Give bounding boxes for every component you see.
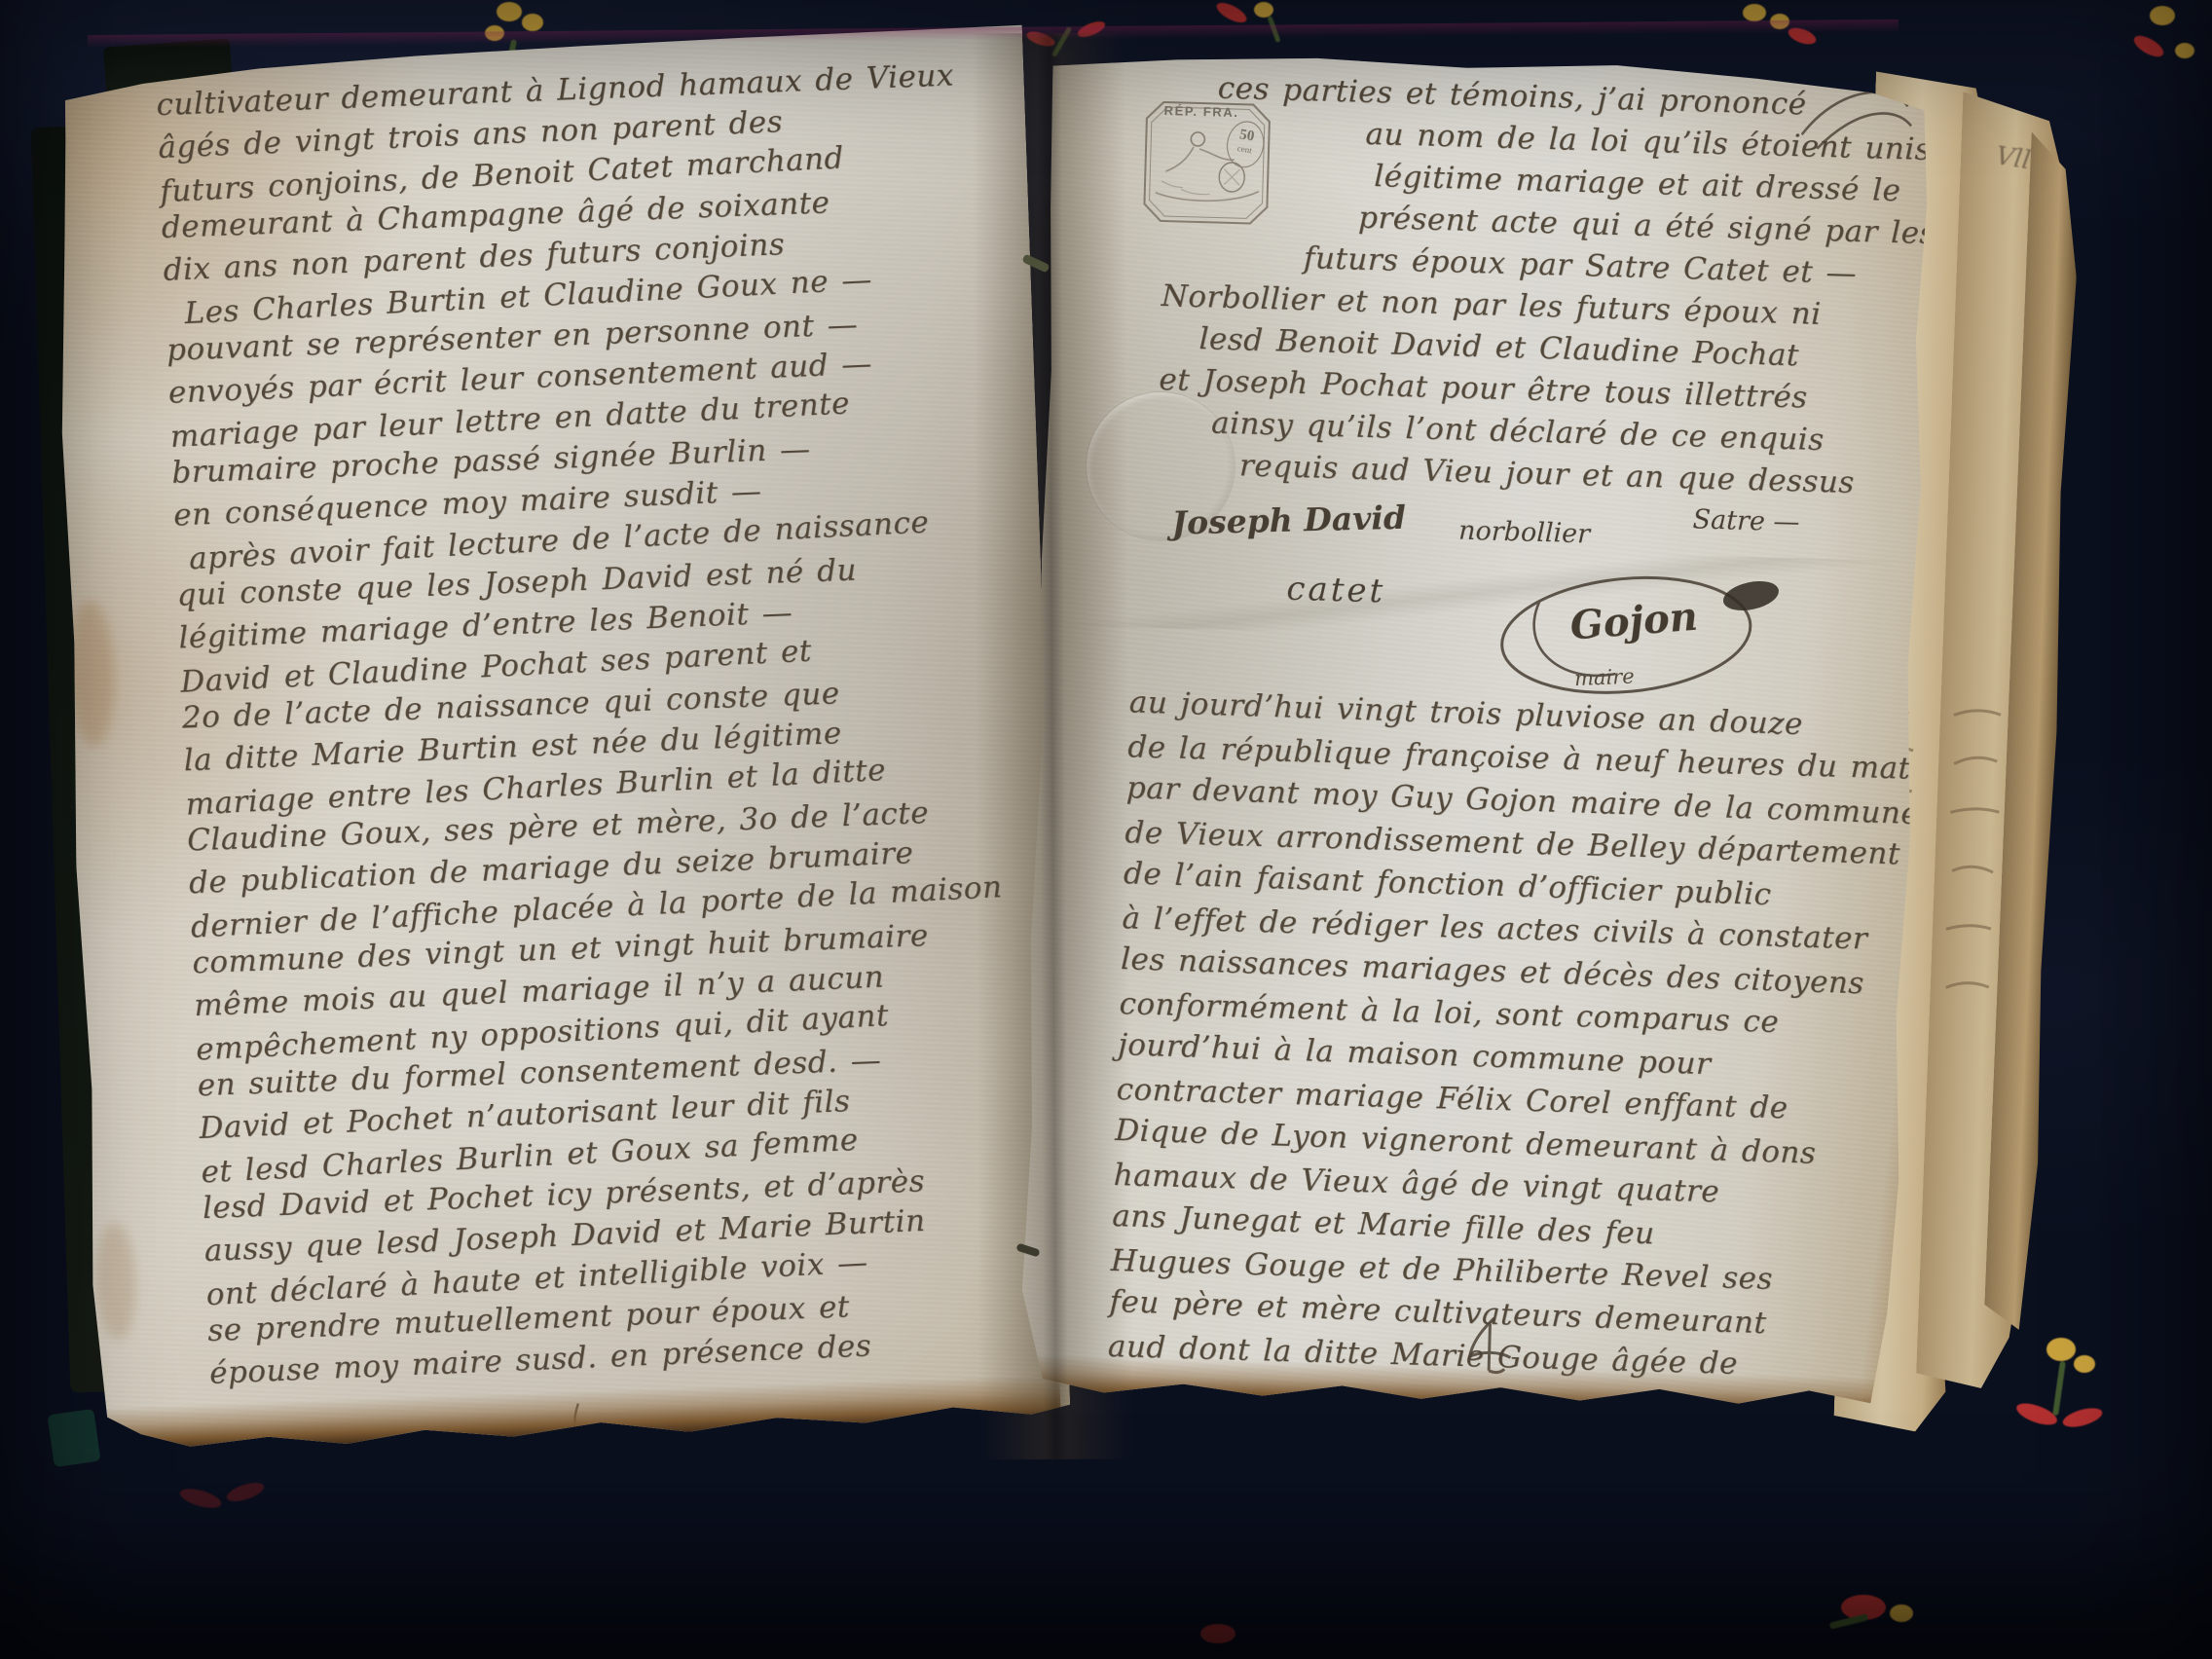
embroidered-flower: [2122, 0, 2212, 97]
embroidered-flower: [1714, 0, 1840, 70]
mayor-signature: Gojon maire: [1478, 553, 1784, 718]
flower-bud: [2074, 1355, 2095, 1373]
flower-petal: [2013, 1399, 2059, 1429]
right-manuscript-page: ces parties et témoins, j’ai prononcéau …: [1015, 46, 1934, 1423]
flower-bud: [1890, 1604, 1913, 1622]
flower-petal: [2061, 1405, 2105, 1431]
embroidered-flower: [166, 1465, 292, 1537]
flower-bud: [2046, 1338, 2076, 1361]
right-page-paragraph-2: au jourd’hui vingt trois pluviose an dou…: [1107, 681, 1899, 1391]
paraph-mark: [1459, 1311, 1522, 1382]
paper-stain: [94, 1222, 137, 1340]
left-page-text: cultivateur demeurant à Lignod hamaux de…: [156, 52, 1038, 1393]
flower-bud: [1743, 4, 1766, 21]
flower-bud: [2175, 43, 2194, 58]
flower-bud: [1254, 2, 1273, 18]
signature-satre: Satre —: [1692, 504, 1800, 537]
flower-petal: [1214, 0, 1250, 26]
signature-joseph-david: Joseph David: [1171, 498, 1406, 542]
signature-gojon: Gojon: [1568, 594, 1699, 649]
signature-catet: catet: [1286, 570, 1386, 611]
embroidered-flower: [1796, 1585, 1952, 1659]
flower-bud: [522, 14, 543, 31]
book-cover-corner: [47, 1409, 100, 1467]
embroidered-flower: [2006, 1334, 2132, 1460]
revenue-stamp: RÉP. FRA. 50 cent: [1141, 98, 1273, 227]
flower-petal: [2131, 32, 2167, 61]
flower-petal: [225, 1479, 267, 1505]
flower-bud: [497, 2, 522, 21]
paraph-mark: [559, 1399, 606, 1454]
photograph-of-open-register: Vlli cultivateur demeurant à Lignod hama…: [0, 0, 2212, 1659]
flower-petal: [1200, 1624, 1235, 1643]
signature-norbollier: norbollier: [1458, 516, 1591, 550]
flower-petal: [178, 1485, 224, 1512]
embroidered-flower: [1183, 1616, 1265, 1659]
signature-title-maire: maire: [1574, 665, 1636, 691]
flower-stem: [2052, 1361, 2066, 1416]
flower-petal: [1841, 1595, 1886, 1620]
flower-stem: [1829, 1613, 1869, 1629]
flower-bud: [2150, 6, 2175, 25]
left-manuscript-page: cultivateur demeurant à Lignod hamaux de…: [44, 22, 1070, 1453]
